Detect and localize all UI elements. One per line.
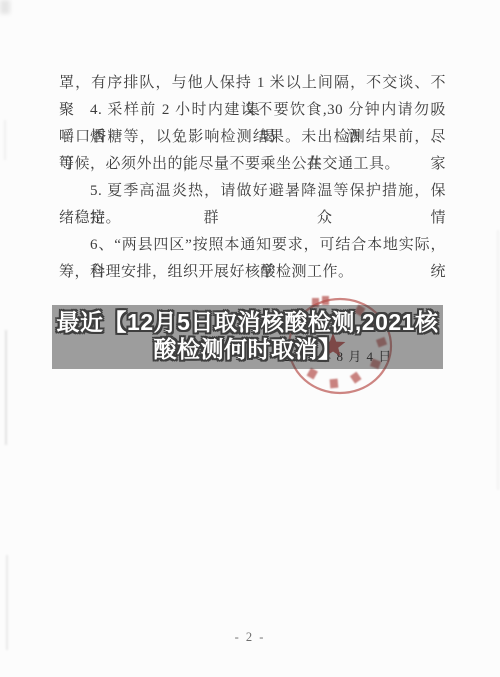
doc-line: 6、“两县四区”按照本通知要求，可结合本地实际，科学统 — [59, 232, 446, 259]
doc-line: 4. 采样前 2 小时内建议不要饮食,30 分钟内请勿吸烟、喝酒、 — [59, 97, 446, 124]
scan-smudge — [497, 230, 499, 490]
caption-banner: 最近【12月5日取消核酸检测,2021核 酸检测何时取消】 — [52, 305, 443, 369]
caption-line-1: 最近【12月5日取消核酸检测,2021核 — [57, 309, 439, 336]
doc-line: 嚼口香糖等，以免影响检测结果。未出检测结果前，尽可能在家 — [59, 124, 446, 151]
notice-body-text: 罩，有序排队，与他人保持 1 米以上间隔，不交谈、不聚集。 4. 采样前 2 小… — [59, 70, 446, 286]
scan-smudge — [0, 0, 10, 14]
page-number: - 2 - — [0, 630, 500, 645]
doc-line: 等候，必须外出的，尽量不要乘坐公共交通工具。 — [59, 151, 446, 178]
doc-line: 罩，有序排队，与他人保持 1 米以上间隔，不交谈、不聚集。 — [59, 70, 446, 97]
scan-smudge — [5, 330, 7, 445]
scanned-notice-page: 罩，有序排队，与他人保持 1 米以上间隔，不交谈、不聚集。 4. 采样前 2 小… — [0, 0, 500, 677]
doc-line: 5. 夏季高温炎热，请做好避暑降温等保护措施，保持群众情 — [59, 178, 446, 205]
scan-smudge — [4, 120, 6, 160]
caption-line-2: 酸检测何时取消】 — [154, 336, 342, 363]
